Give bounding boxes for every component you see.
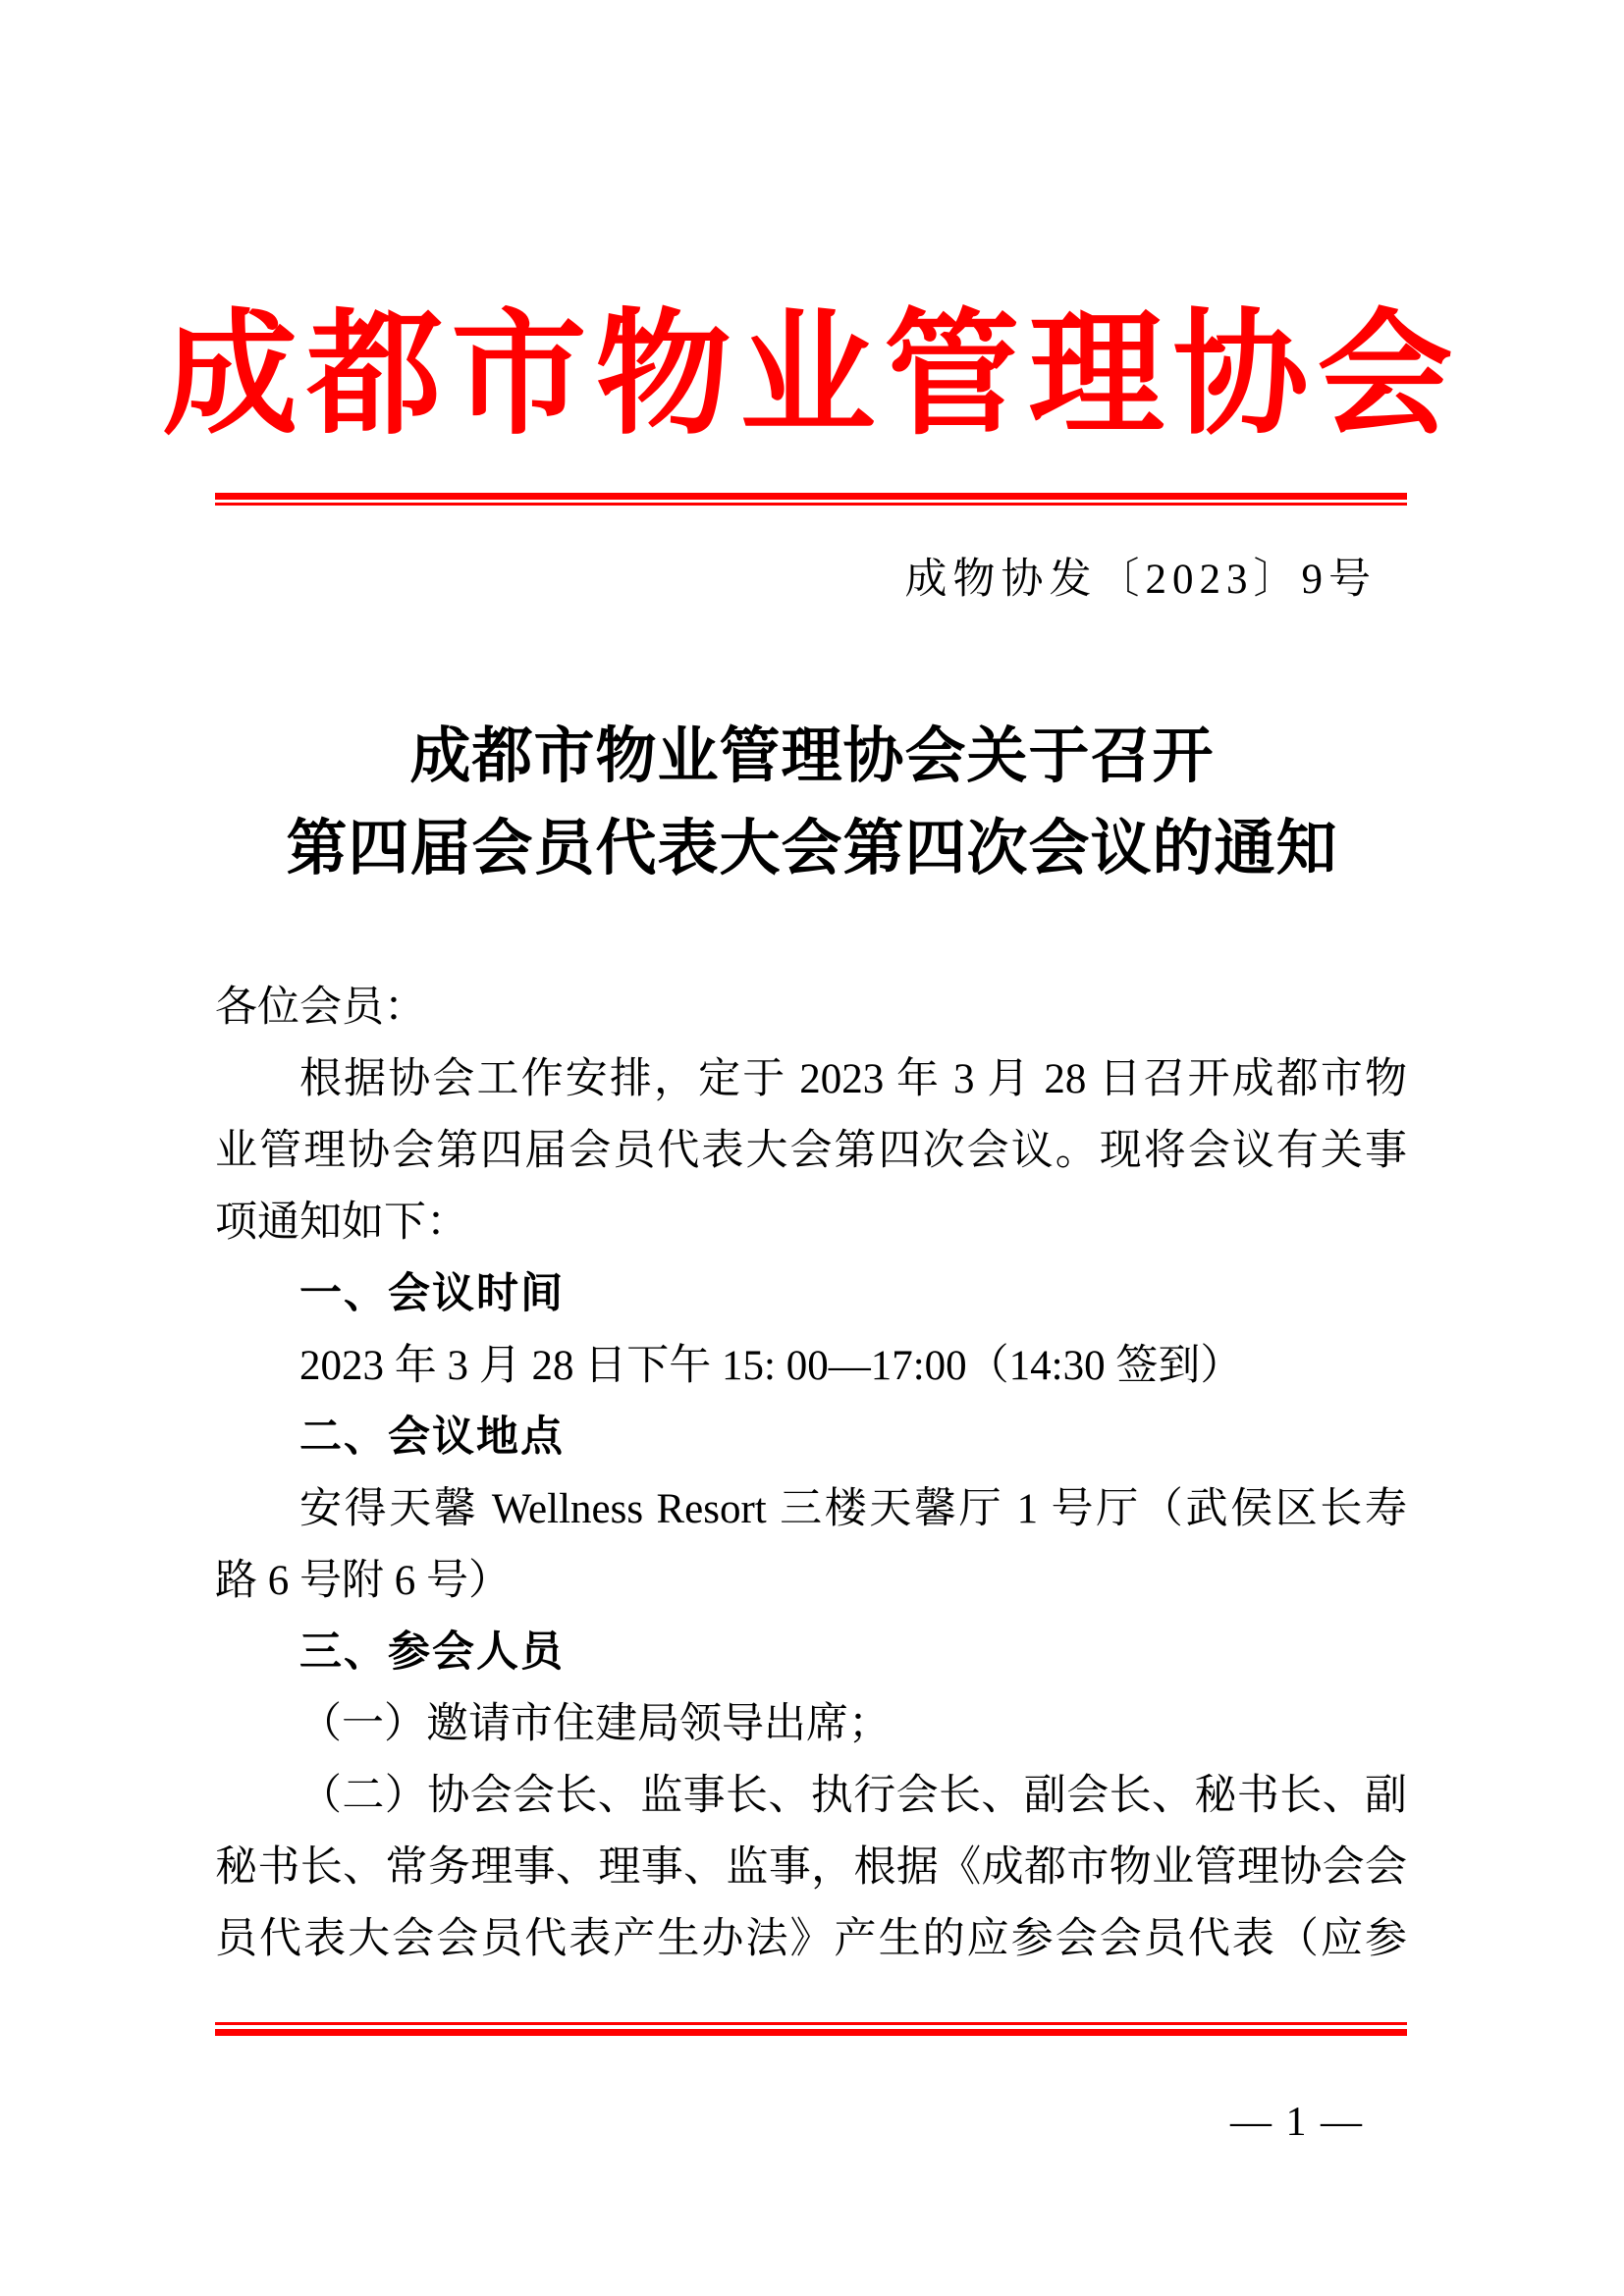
salutation: 各位会员： xyxy=(215,972,1407,1043)
document-title-line2: 第四届会员代表大会第四次会议的通知 xyxy=(0,803,1624,895)
body-line: 根据协会工作安排，定于 2023 年 3 月 28 日召开成都市物 xyxy=(215,1043,1407,1115)
footer-double-rule xyxy=(215,2022,1407,2036)
attendees-item-2-cont: 员代表大会会员代表产生办法》产生的应参会会员代表（应参 xyxy=(215,1903,1407,1975)
attendees-item-1: （一）邀请市住建局领导出席； xyxy=(215,1688,1407,1760)
meeting-location-value-cont: 路 6 号附 6 号） xyxy=(215,1545,1407,1617)
section-heading-meeting-time: 一、会议时间 xyxy=(215,1258,1407,1330)
masthead-org-title: 成都市物业管理协会 xyxy=(0,308,1624,444)
doc-reference-number: 成物协发〔2023〕9号 xyxy=(905,556,1378,604)
document-body: 各位会员： 根据协会工作安排，定于 2023 年 3 月 28 日召开成都市物 … xyxy=(215,972,1407,1975)
document-title-line1: 成都市物业管理协会关于召开 xyxy=(0,711,1624,803)
header-double-rule xyxy=(215,493,1407,506)
meeting-time-value: 2023 年 3 月 28 日下午 15: 00—17:00（14:30 签到） xyxy=(215,1330,1407,1402)
rule-thin-bar xyxy=(215,2022,1407,2025)
section-heading-attendees: 三、参会人员 xyxy=(215,1617,1407,1688)
document-page: 成都市物业管理协会 成物协发〔2023〕9号 成都市物业管理协会关于召开 第四届… xyxy=(0,0,1624,2296)
rule-thick-bar xyxy=(215,493,1407,500)
meeting-location-value: 安得天馨 Wellness Resort 三楼天馨厅 1 号厅（武侯区长寿 xyxy=(215,1473,1407,1545)
document-title: 成都市物业管理协会关于召开 第四届会员代表大会第四次会议的通知 xyxy=(0,711,1624,895)
rule-thick-bar xyxy=(215,2029,1407,2036)
rule-thin-bar xyxy=(215,503,1407,506)
body-line: 业管理协会第四届会员代表大会第四次会议。现将会议有关事 xyxy=(215,1115,1407,1187)
section-heading-meeting-location: 二、会议地点 xyxy=(215,1402,1407,1473)
page-number: — 1 — xyxy=(1230,2102,1364,2143)
attendees-item-2: （二）协会会长、监事长、执行会长、副会长、秘书长、副 xyxy=(215,1760,1407,1832)
attendees-item-2-cont: 秘书长、常务理事、理事、监事，根据《成都市物业管理协会会 xyxy=(215,1832,1407,1903)
body-line: 项通知如下： xyxy=(215,1187,1407,1258)
